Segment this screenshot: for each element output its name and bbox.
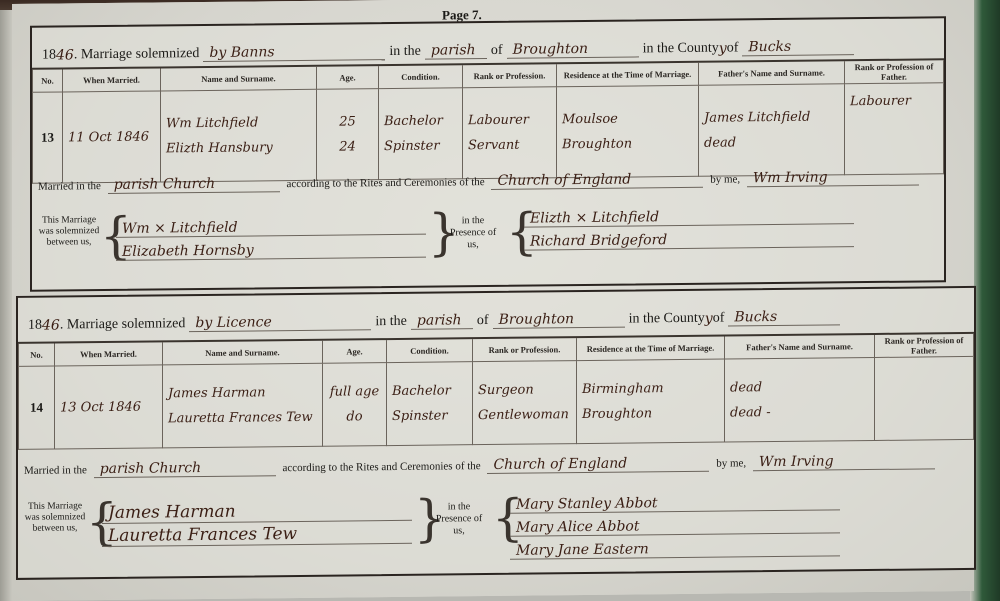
groom-condition: Bachelor — [392, 383, 467, 399]
year-suffix: 46 — [42, 317, 60, 333]
solemnized-by-field: by Banns — [203, 43, 385, 62]
when-married: 11 Oct 1846 — [63, 91, 161, 183]
groom-rank: Labourer — [468, 112, 551, 128]
marriage-entry-14: 1846. Marriage solemnized by Licence in … — [16, 286, 976, 580]
bride-rank: Gentlewoman — [478, 407, 571, 423]
witness-signature: Elizth × Litchfield — [524, 201, 854, 227]
county-field: Bucks — [728, 308, 840, 326]
party-signature: Elizabeth Hornsby — [116, 235, 426, 261]
witness-signature: Mary Jane Eastern — [510, 533, 840, 559]
marriage-solemnized-label: . Marriage solemnized — [74, 46, 200, 63]
married-in-label: Married in the — [24, 464, 87, 477]
officiant-field: Wm Irving — [747, 169, 919, 188]
year-prefix: 18 — [28, 318, 42, 334]
married-in-field: parish Church — [108, 175, 280, 194]
register-table: No. When Married. Name and Surname. Age.… — [18, 332, 974, 450]
col-condition: Condition. — [379, 64, 463, 88]
groom-name: Wm Litchfield — [166, 115, 311, 132]
solemnized-between-label: This Marriage was solemnized between us, — [36, 215, 102, 249]
groom-father-rank — [880, 393, 968, 394]
place-field: Broughton — [493, 311, 625, 329]
bride-name: Elizth Hansbury — [166, 140, 311, 157]
register-page: Page 7. 1846. Marriage solemnized by Ban… — [12, 0, 974, 601]
entry-number: 13 — [33, 92, 63, 183]
col-no: No. — [19, 343, 55, 367]
county-word-suffix: y — [705, 311, 713, 327]
groom-residence: Birmingham — [582, 381, 719, 397]
of-label: of — [477, 313, 489, 329]
bride-age: do — [328, 409, 381, 425]
groom-father-name: James Litchfield — [704, 109, 839, 125]
year-suffix: 46 — [56, 47, 74, 63]
groom-condition: Bachelor — [384, 113, 457, 129]
county-label: in the County — [629, 311, 705, 328]
place-type-field: parish — [425, 42, 487, 60]
by-me-label: by me, — [716, 457, 746, 469]
col-father-name: Father's Name and Surname. — [699, 60, 845, 85]
county-field: Bucks — [742, 38, 854, 56]
bride-father-name: dead - — [730, 404, 869, 420]
witness-signature: Richard Bridgeford — [524, 224, 854, 250]
table-row: 14 13 Oct 1846 James Harman Lauretta Fra… — [19, 356, 974, 449]
according-to-label: according to the Rites and Ceremonies of… — [286, 176, 484, 190]
col-residence: Residence at the Time of Marriage. — [557, 62, 699, 87]
col-condition: Condition. — [387, 338, 473, 362]
groom-age: 25 — [322, 114, 373, 130]
col-name: Name and Surname. — [161, 66, 317, 91]
of-label: of — [491, 43, 503, 59]
bride-residence: Broughton — [562, 136, 693, 152]
party-signature: Lauretta Frances Tew — [102, 521, 412, 547]
according-to-label: according to the Rites and Ceremonies of… — [282, 460, 480, 474]
bride-residence: Broughton — [582, 406, 719, 422]
col-age: Age. — [323, 339, 387, 363]
county-label: in the County — [643, 41, 719, 58]
groom-father-name: dead — [730, 379, 869, 395]
presence-label: in the Presence of us, — [434, 501, 484, 538]
presence-label: in the Presence of us, — [448, 215, 498, 252]
col-father-name: Father's Name and Surname. — [725, 334, 875, 359]
rites-field: Church of England — [487, 455, 709, 474]
officiant-field: Wm Irving — [753, 452, 935, 471]
register-table: No. When Married. Name and Surname. Age.… — [32, 58, 944, 184]
in-the-label: in the — [389, 44, 421, 60]
col-father-rank: Rank or Profession of Father. — [875, 333, 974, 358]
county-word-suffix: y — [719, 41, 727, 57]
solemnized-between-label: This Marriage was solemnized between us, — [22, 501, 88, 535]
witness-signature: Mary Alice Abbot — [510, 510, 840, 536]
col-age: Age. — [317, 65, 379, 89]
marriage-solemnized-label: . Marriage solemnized — [60, 316, 186, 333]
when-married: 13 Oct 1846 — [55, 365, 163, 449]
col-when-married: When Married. — [55, 341, 163, 366]
table-row: 13 11 Oct 1846 Wm Litchfield Elizth Hans… — [33, 83, 944, 184]
groom-name: James Harman — [168, 385, 317, 402]
bride-age: 24 — [322, 139, 373, 155]
groom-age: full age — [328, 384, 381, 400]
married-in-label: Married in the — [38, 180, 101, 193]
entry-heading: 1846. Marriage solemnized by Banns in th… — [42, 26, 934, 63]
by-me-label: by me, — [710, 173, 740, 185]
col-no: No. — [33, 68, 63, 92]
bride-condition: Spinster — [384, 138, 457, 154]
witness-signature: Mary Stanley Abbot — [510, 487, 840, 513]
bride-rank: Servant — [468, 137, 551, 153]
party-signature: James Harman — [102, 498, 412, 524]
solemnized-by-field: by Licence — [189, 313, 371, 332]
bride-father-rank — [880, 403, 968, 404]
party-signature: Wm × Litchfield — [116, 212, 426, 238]
col-residence: Residence at the Time of Marriage. — [577, 336, 725, 361]
bride-father-name: dead — [704, 134, 839, 150]
married-in-field: parish Church — [94, 459, 276, 478]
place-type-field: parish — [411, 312, 473, 330]
year-prefix: 18 — [42, 48, 56, 64]
bride-condition: Spinster — [392, 408, 467, 424]
entry-heading: 1846. Marriage solemnized by Licence in … — [28, 296, 964, 334]
col-name: Name and Surname. — [163, 340, 323, 365]
marriage-entry-13: 1846. Marriage solemnized by Banns in th… — [30, 16, 946, 292]
bride-name: Lauretta Frances Tew — [168, 410, 317, 427]
col-rank: Rank or Profession. — [463, 63, 557, 87]
bride-father-rank — [850, 118, 938, 119]
county-of-label: of — [727, 40, 739, 56]
groom-father-rank: Labourer — [850, 93, 938, 109]
signature-block: This Marriage was solemnized between us,… — [22, 486, 964, 576]
col-rank: Rank or Profession. — [473, 337, 577, 362]
place-field: Broughton — [507, 40, 639, 58]
entry-number: 14 — [19, 366, 55, 449]
county-of-label: of — [713, 311, 725, 327]
rites-field: Church of England — [491, 171, 703, 190]
groom-rank: Surgeon — [478, 382, 571, 398]
col-when-married: When Married. — [63, 67, 161, 92]
col-father-rank: Rank or Profession of Father. — [845, 59, 944, 84]
groom-residence: Moulsoe — [562, 111, 693, 127]
church-line: Married in the parish Church according t… — [24, 452, 964, 479]
in-the-label: in the — [375, 314, 407, 330]
signature-block: This Marriage was solemnized between us,… — [36, 200, 934, 289]
